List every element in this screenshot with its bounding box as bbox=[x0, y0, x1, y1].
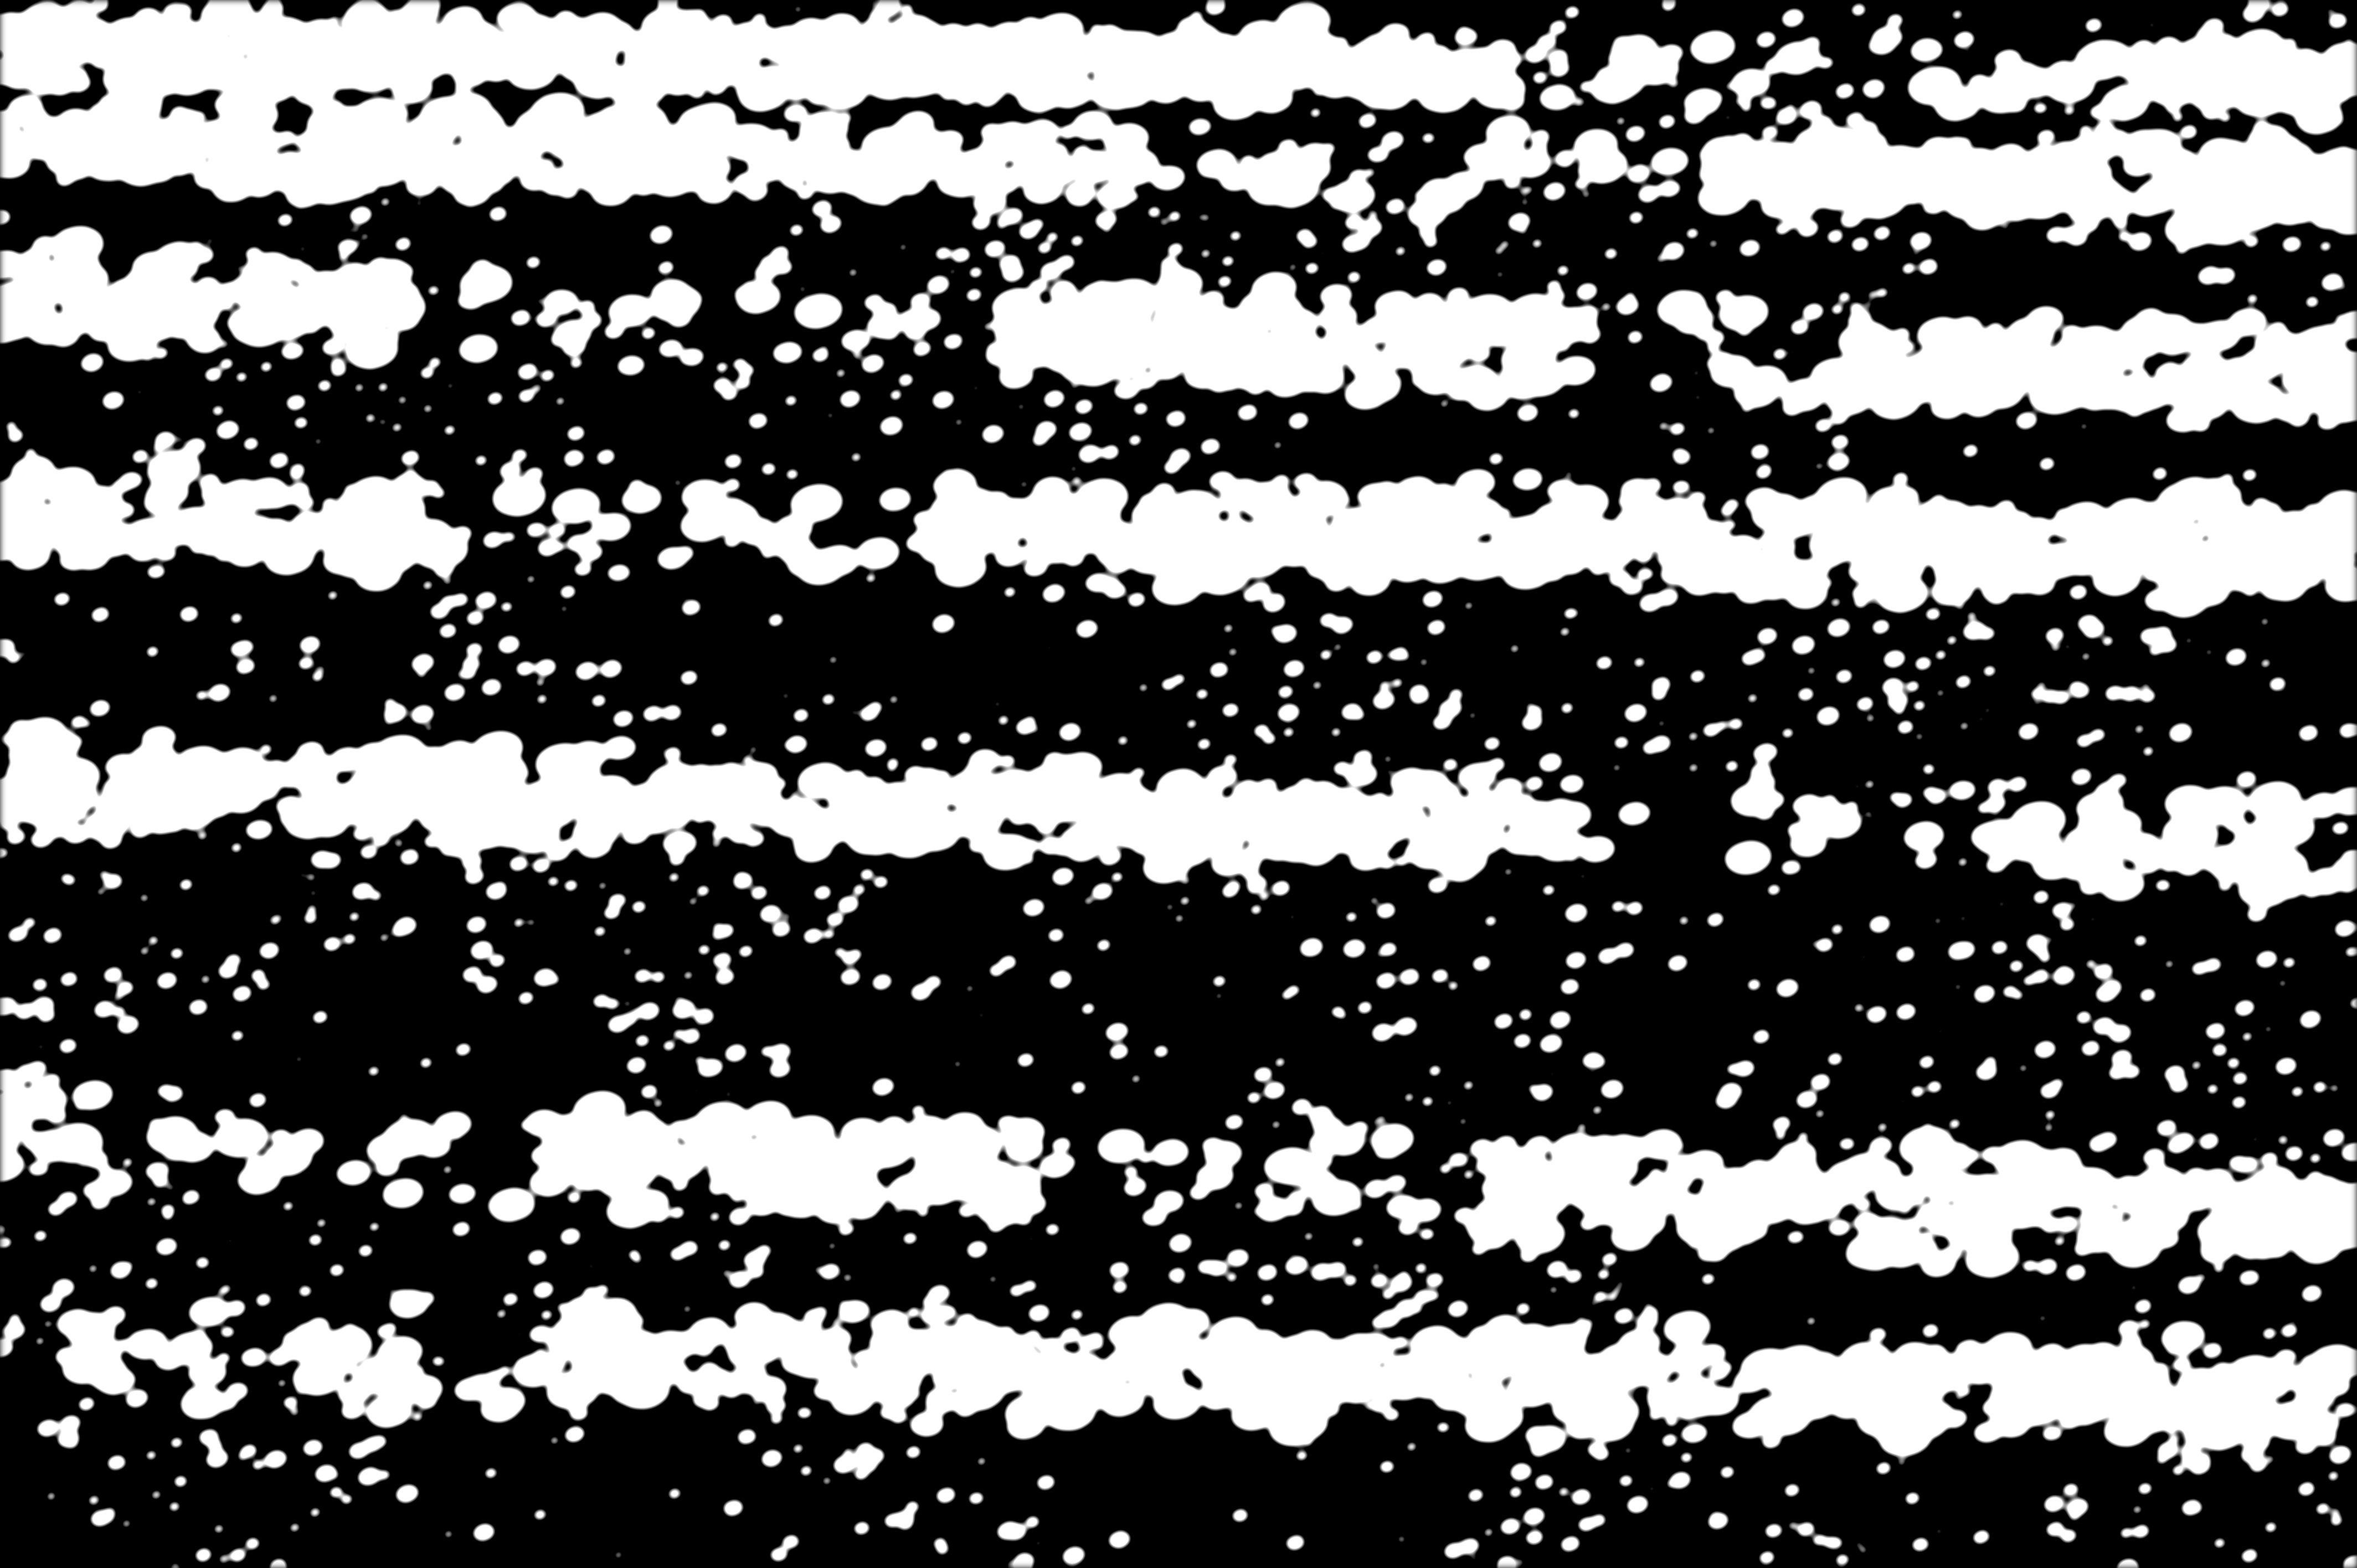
texture-image bbox=[0, 0, 2357, 1568]
texture-canvas bbox=[0, 0, 2357, 1568]
